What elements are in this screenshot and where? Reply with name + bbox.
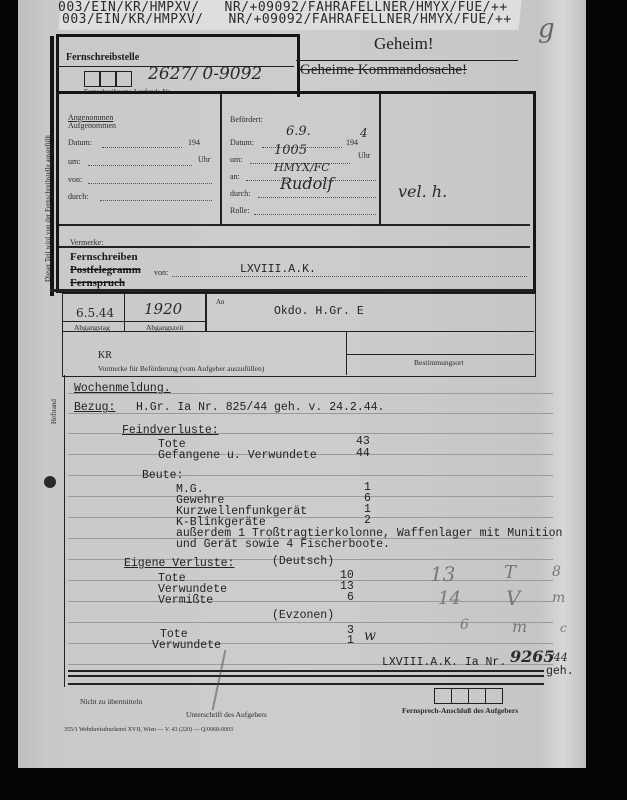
- divider: [59, 246, 530, 248]
- margin-note: m: [552, 590, 565, 606]
- phone-box-2: [451, 688, 469, 704]
- corner-mark: g: [538, 14, 555, 44]
- margin-note: m: [512, 617, 527, 636]
- message-type-telex: Fernschreiben: [70, 251, 138, 263]
- booty-extra-2: und Gerät sowie 4 Fischerboote.: [176, 538, 390, 551]
- forwarded-roll-label: Rolle:: [230, 206, 250, 215]
- divider: [220, 94, 222, 224]
- reference-label: Bezug:: [74, 401, 115, 414]
- margin-note: 14: [438, 588, 461, 609]
- received-year-prefix: 194: [188, 138, 200, 147]
- signature-suffix: /44: [550, 651, 568, 664]
- forwarded-by-field[interactable]: [258, 197, 376, 198]
- message-from-field[interactable]: [172, 276, 527, 277]
- report-title: Wochenmeldung.: [74, 382, 171, 395]
- margin-note: 8: [552, 564, 561, 580]
- margin-note: c: [560, 621, 567, 635]
- forwarded-date-label: Datum:: [230, 138, 254, 147]
- forwarded-to-label: an:: [230, 172, 240, 181]
- ruled-line: [68, 517, 553, 518]
- divider: [68, 675, 544, 677]
- dispatch-destination-label: Bestimmungsort: [414, 358, 464, 367]
- ruled-line: [68, 496, 553, 497]
- received-by-label: durch:: [68, 192, 88, 201]
- station-box-1: [84, 71, 100, 87]
- received-time-label: um:: [68, 157, 80, 166]
- forwarded-date-value: 6.9.: [286, 124, 311, 139]
- booty-value: 2: [364, 514, 371, 527]
- divider: [124, 293, 125, 331]
- enemy-losses-label: Gefangene u. Verwundete: [158, 449, 317, 462]
- station-box-3: [116, 71, 132, 87]
- dispatch-time-label: Abgangszeit: [146, 323, 184, 332]
- ruled-line: [68, 622, 553, 623]
- message-from-value: LXVIII.A.K.: [240, 263, 316, 276]
- remarks-label: Vermerke:: [70, 238, 103, 247]
- forwarded-title: Befördert:: [230, 115, 263, 124]
- received-date-field[interactable]: [102, 147, 182, 148]
- evzonen-label: Verwundete: [152, 639, 221, 652]
- received-time-field[interactable]: [88, 165, 192, 166]
- ruled-line: [68, 580, 553, 581]
- dispatch-to-value: Okdo. H.Gr. E: [274, 305, 364, 318]
- own-losses-heading: Eigene Verluste:: [124, 557, 234, 570]
- own-losses-evzonen-label: (Evzonen): [272, 609, 334, 622]
- dispatch-to-label: An: [216, 298, 225, 306]
- received-title-2: Aufgenommen: [68, 121, 116, 130]
- phone-box-4: [485, 688, 503, 704]
- teleprinter-line-2: 003/EIN/KR/HMPXV/ NR/+09092/FAHRAFELLNER…: [62, 12, 512, 27]
- station-box-2: [100, 71, 116, 87]
- dispatch-day-value: 6.5.44: [76, 306, 114, 320]
- punch-hole: [44, 476, 56, 488]
- enemy-losses-heading: Feindverluste:: [122, 424, 219, 437]
- forwarded-year-suffix: 4: [360, 126, 368, 140]
- signature-scribble: [212, 650, 287, 710]
- divider: [59, 224, 530, 226]
- footer-print-note: 355/1 Wehrkreisdruckerei XVII, Wien — V.…: [64, 727, 233, 733]
- classification-struck: Geheime Kommandosache!: [300, 62, 467, 79]
- divider: [296, 60, 518, 61]
- footer-signature-label: Unterschrift des Aufgebers: [186, 710, 267, 719]
- divider: [346, 331, 347, 375]
- evzonen-value: 1: [347, 634, 354, 647]
- phone-box-3: [468, 688, 486, 704]
- phone-box-1: [434, 688, 452, 704]
- received-by-field[interactable]: [100, 200, 212, 201]
- message-type-phone: Fernspruch: [70, 277, 125, 289]
- tick-mark: w: [364, 628, 376, 644]
- station-label: Fernschreibstelle: [66, 52, 139, 63]
- reference-text: H.Gr. Ia Nr. 825/44 geh. v. 24.2.44.: [136, 401, 384, 414]
- margin-note: V: [506, 586, 520, 610]
- forwarded-by-value: Rudolf: [280, 174, 333, 193]
- signature-block: LXVIII.A.K. Ia Nr.: [382, 656, 506, 669]
- margin-note: T: [504, 562, 516, 583]
- forwarded-side-note: vel. h.: [398, 182, 447, 201]
- dispatch-routing-value: KR: [98, 350, 112, 361]
- message-type-telegram: Postfelegramm: [70, 264, 141, 276]
- margin-note: 6: [460, 617, 469, 633]
- signature-geh: geh.: [546, 665, 574, 678]
- ruled-line: [68, 601, 553, 602]
- document-page: 003/EIN/KR/HMPXV/ NR/+09092/FAHRAFELLNER…: [18, 0, 586, 768]
- received-from-field[interactable]: [88, 183, 212, 184]
- ruled-line: [68, 643, 553, 644]
- received-date-label: Datum:: [68, 138, 92, 147]
- divider: [62, 331, 534, 332]
- classification: Geheim!: [374, 34, 433, 54]
- own-losses-value: 6: [347, 591, 354, 604]
- side-label-top: Dieser Teil wird von der Fernschreibstel…: [44, 135, 52, 282]
- ruled-line: [68, 475, 553, 476]
- dispatch-day-label: Abgangstag: [74, 323, 110, 332]
- received-time-unit: Uhr: [198, 155, 210, 164]
- divider: [205, 293, 207, 331]
- message-from-label: von:: [154, 268, 168, 277]
- side-label-heftrand: Heftrand: [50, 399, 58, 424]
- forwarded-time-value: 1005: [274, 143, 307, 158]
- divider: [68, 683, 544, 685]
- dispatch-routing-label: Vormerke für Beförderung (vom Aufgeber a…: [98, 364, 264, 373]
- divider: [346, 354, 534, 355]
- forwarded-roll-field[interactable]: [254, 214, 376, 215]
- forwarded-year-prefix: 194: [346, 138, 358, 147]
- forwarded-time-unit: Uhr: [358, 151, 370, 160]
- own-losses-german-label: (Deutsch): [272, 555, 334, 568]
- body-left-border: [64, 375, 65, 687]
- forwarded-time-label: um:: [230, 155, 242, 164]
- station-number: 2627/ 0-9092: [148, 64, 262, 84]
- divider: [50, 289, 534, 292]
- footer-phone-label: Fernsprech-Anschluß des Aufgebers: [402, 706, 518, 715]
- own-losses-label: Vermißte: [158, 594, 213, 607]
- signature-number: 9265: [510, 647, 555, 666]
- dispatch-time-value: 1920: [144, 300, 182, 318]
- received-from-label: von:: [68, 175, 82, 184]
- margin-note: 13: [430, 562, 455, 586]
- footer-not-transmit: Nicht zu übermitteln: [80, 697, 142, 706]
- divider: [68, 670, 544, 672]
- enemy-losses-value: 44: [356, 447, 370, 460]
- divider: [379, 94, 381, 224]
- forwarded-to-value: HMYX/FC: [274, 161, 330, 174]
- forwarded-by-label: durch:: [230, 189, 250, 198]
- divider: [62, 321, 206, 322]
- booty-heading: Beute:: [142, 469, 183, 482]
